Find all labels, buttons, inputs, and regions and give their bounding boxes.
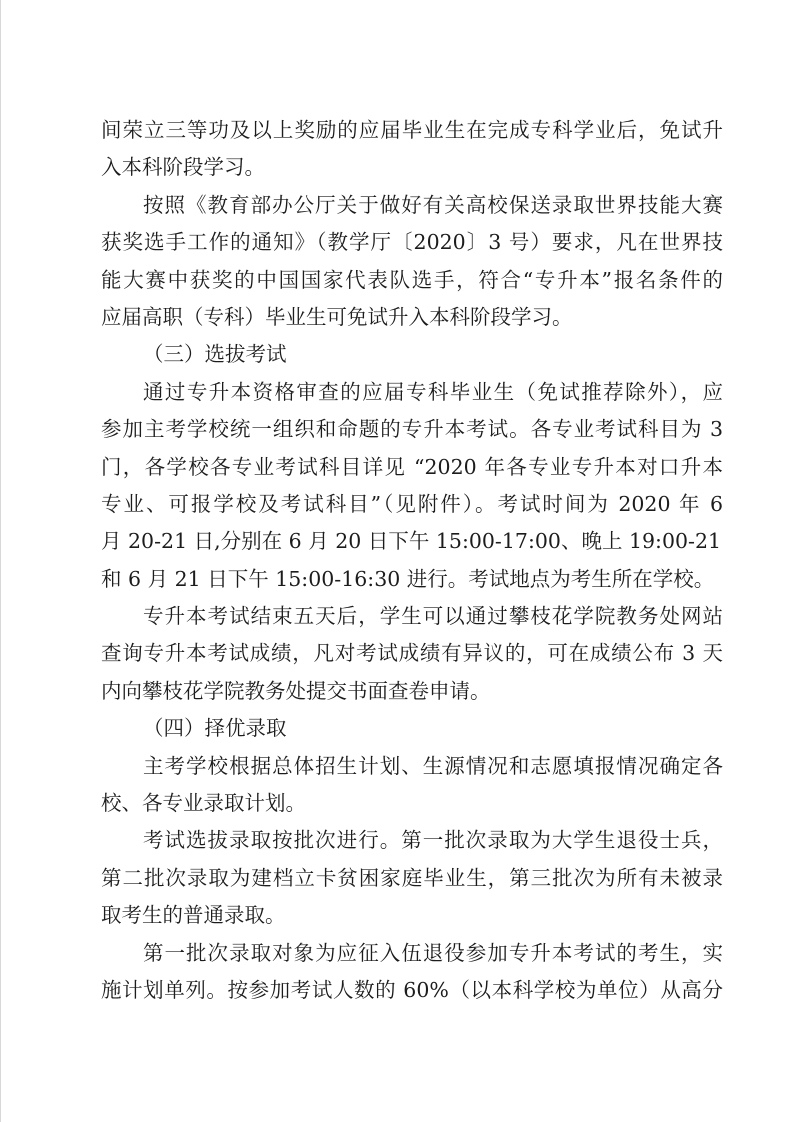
document-page: 间荣立三等功及以上奖励的应届毕业生在完成专科学业后，免试升 入本科阶段学习。 按… [0,0,795,1122]
text-line: 按照《教育部办公厅关于做好有关高校保送录取世界技能大赛 [101,187,723,224]
text-line: 第一批次录取对象为应征入伍退役参加专升本考试的考生，实 [101,935,723,972]
text-line: 查询专升本考试成绩，凡对考试成绩有异议的，可在成绩公布 3 天 [101,635,723,672]
text-line: 内向攀枝花学院教务处提交书面查卷申请。 [101,673,723,710]
text-line: 施计划单列。按参加考试人数的 60%（以本科学校为单位）从高分 [101,972,723,1009]
section-heading-text: （三）选拔考试 [101,336,723,373]
text-line: 专升本考试结束五天后，学生可以通过攀枝花学院教务处网站 [101,598,723,635]
text-line: 能大赛中获奖的中国国家代表队选手，符合“专升本”报名条件的 [101,262,723,299]
text-line: 取考生的普通录取。 [101,897,723,934]
text-line: 获奖选手工作的通知》（教学厅〔2020〕3 号）要求，凡在世界技 [101,224,723,261]
section-heading: （四）择优录取 [101,710,723,747]
text-line: 月 20-21 日,分别在 6 月 20 日下午 15:00-17:00、晚上 … [101,523,723,560]
section-heading: （三）选拔考试 [101,336,723,373]
text-line: 第二批次录取为建档立卡贫困家庭毕业生，第三批次为所有未被录 [101,860,723,897]
text-line: 门，各学校各专业考试科目详见 “2020 年各专业专升本对口升本 [101,449,723,486]
text-line: 校、各专业录取计划。 [101,785,723,822]
paragraph: 间荣立三等功及以上奖励的应届毕业生在完成专科学业后，免试升 入本科阶段学习。 [101,112,723,187]
paragraph: 考试选拔录取按批次进行。第一批次录取为大学生退役士兵， 第二批次录取为建档立卡贫… [101,822,723,934]
paragraph: 第一批次录取对象为应征入伍退役参加专升本考试的考生，实 施计划单列。按参加考试人… [101,935,723,1010]
text-line: 参加主考学校统一组织和命题的专升本考试。各专业考试科目为 3 [101,411,723,448]
text-line: 应届高职（专科）毕业生可免试升入本科阶段学习。 [101,299,723,336]
text-line: 考试选拔录取按批次进行。第一批次录取为大学生退役士兵， [101,822,723,859]
document-body: 间荣立三等功及以上奖励的应届毕业生在完成专科学业后，免试升 入本科阶段学习。 按… [101,112,723,1009]
text-line: 主考学校根据总体招生计划、生源情况和志愿填报情况确定各 [101,748,723,785]
text-line: 间荣立三等功及以上奖励的应届毕业生在完成专科学业后，免试升 [101,112,723,149]
paragraph: 专升本考试结束五天后，学生可以通过攀枝花学院教务处网站 查询专升本考试成绩，凡对… [101,598,723,710]
paragraph: 按照《教育部办公厅关于做好有关高校保送录取世界技能大赛 获奖选手工作的通知》（教… [101,187,723,337]
paragraph: 主考学校根据总体招生计划、生源情况和志愿填报情况确定各 校、各专业录取计划。 [101,748,723,823]
text-line: 通过专升本资格审查的应届专科毕业生（免试推荐除外），应 [101,374,723,411]
text-line: 入本科阶段学习。 [101,149,723,186]
text-line: 和 6 月 21 日下午 15:00-16:30 进行。考试地点为考生所在学校。 [101,561,723,598]
text-line: 专业、可报学校及考试科目”（见附件）。考试时间为 2020 年 6 [101,486,723,523]
section-heading-text: （四）择优录取 [101,710,723,747]
paragraph: 通过专升本资格审查的应届专科毕业生（免试推荐除外），应 参加主考学校统一组织和命… [101,374,723,598]
